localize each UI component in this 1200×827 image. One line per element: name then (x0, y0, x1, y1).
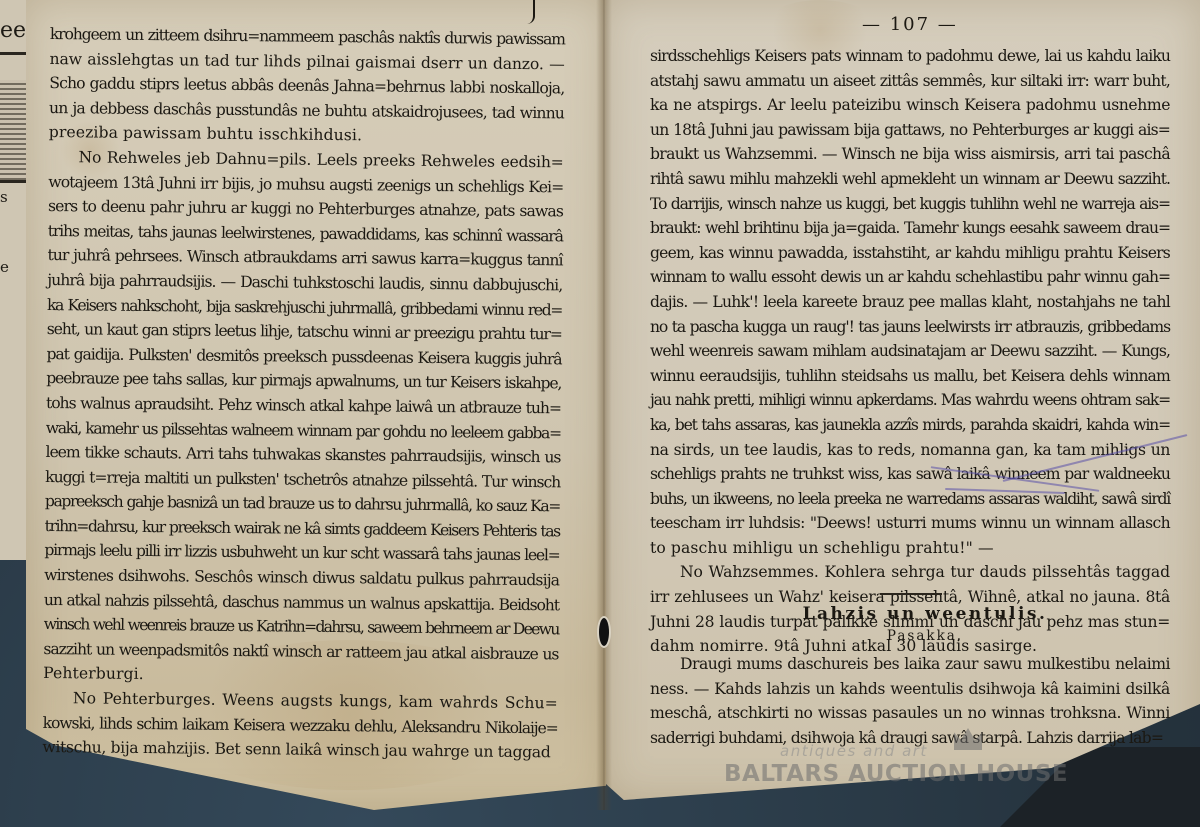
text-line: to paschu mihligu un schehligu prahtu!" … (650, 536, 1170, 561)
section-subtitle: Pasakka. (820, 628, 1030, 644)
pen-bracket-mark (525, 0, 535, 24)
text-line: Draugi mums daschureis bes laika zaur sa… (650, 652, 1170, 677)
text-line: un 18tâ Juhni jau pawissam bija gattaws,… (650, 118, 1170, 143)
text-line: geem, kas winnu pawadda, isstahstiht, ar… (650, 241, 1170, 266)
edge-fragment-letters: ee (0, 18, 26, 43)
text-line: wehl weenreis sawam mihlam audsinatajam … (650, 339, 1170, 364)
text-line: winnu eeraudsijis, tuhlihn steidsahs us … (650, 364, 1170, 389)
text-line: atstahj sawu ammatu un aiseet zittâs sem… (650, 69, 1170, 94)
text-line: winnam to wallu essoht dewis un ar kahdu… (650, 265, 1170, 290)
text-line: ness. — Kahds lahzis un kahds weentulis … (650, 677, 1170, 702)
text-line: meschâ, atschkirti no wissas pasaules un… (650, 701, 1170, 726)
text-line: braukt: wehl brihtinu bija ja=gaida. Tam… (650, 216, 1170, 241)
watermark-tagline: antiques and art (780, 742, 928, 760)
text-line: To darrijis, winsch nahze us kuggi, bet … (650, 192, 1170, 217)
text-line: no ta pascha kugga un raug'! tas jauns l… (650, 315, 1170, 340)
text-line: No Wahzsemmes. Kohlera sehrga tur dauds … (650, 560, 1170, 585)
text-line: ka, bet tahs assaras, kas jaunekla azzîs… (650, 413, 1170, 438)
left-page-text: krohgeem un zitteem dsihru=nammeem pasch… (42, 22, 565, 765)
fable-text: Draugi mums daschureis bes laika zaur sa… (650, 652, 1170, 750)
text-line: schehligs prahts ne truhkst wiss, kas sa… (650, 462, 1170, 487)
section-divider (880, 593, 942, 595)
right-page-text: sirdsschehligs Keisers pats winnam to pa… (650, 44, 1170, 659)
section-title: Lahzis un weentulis. (760, 604, 1090, 624)
text-line: sirdsschehligs Keisers pats winnam to pa… (650, 44, 1170, 69)
text-line: jau nahk pretti, mihligi winnu apkerdams… (650, 388, 1170, 413)
edge-rule (0, 52, 28, 55)
edge-mark: e (0, 258, 9, 276)
book-gutter (596, 0, 612, 810)
edge-engraving (0, 80, 30, 180)
text-line: dajis. — Luhk'! leela kareete brauz pee … (650, 290, 1170, 315)
text-line: rihtâ sawu mihlu mahzekli wehl apmekleht… (650, 167, 1170, 192)
page-number: — 107 — (862, 14, 958, 35)
binding-hole (599, 618, 609, 646)
text-line: braukt us Wahzsemmi. — Winsch ne bija wi… (650, 142, 1170, 167)
edge-mark: s (0, 188, 8, 206)
text-line: ka ne atspirgs. Ar leelu pateizibu winsc… (650, 93, 1170, 118)
text-line: teescham irr luhdsis: "Deews! usturri mu… (650, 511, 1170, 536)
edge-rule (0, 180, 28, 183)
watermark-brand: BALTARS AUCTION HOUSE (724, 761, 1068, 787)
